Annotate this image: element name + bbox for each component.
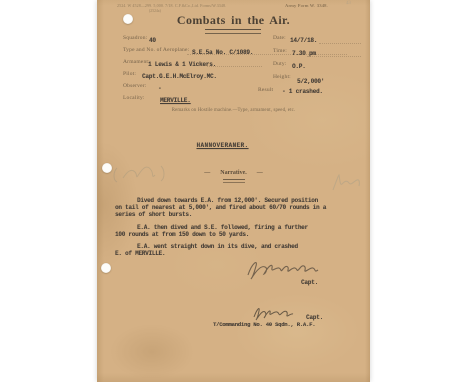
form-dotted-rule bbox=[307, 55, 361, 57]
hostile-machine-entry: HANNOVERANER. bbox=[86, 142, 359, 149]
narrative-line: series of short bursts. bbox=[115, 211, 192, 218]
field-label-armament: Armament: bbox=[123, 59, 150, 65]
field-label-pilot: Pilot: bbox=[123, 71, 136, 77]
printers-imprint-line1: 2524. W 4528—299. 5,000. 7/18. C.F.&Co.,… bbox=[117, 3, 226, 8]
narrative-line: on tail of nearest at 5,000', and fired … bbox=[115, 204, 326, 211]
commanding-officer-rank: Capt. bbox=[306, 314, 323, 321]
remarks-printed-line: Remarks on Hostile machine.—Type, armame… bbox=[97, 108, 370, 113]
narrative-line: E.A. then dived and S.E. followed, firin… bbox=[137, 224, 308, 231]
narrative-line: Dived down towards E.A. from 12,000'. Se… bbox=[137, 197, 318, 204]
form-dotted-rule bbox=[207, 65, 262, 67]
field-value-locality: MERVILLE. bbox=[160, 97, 191, 104]
punch-hole-bottom bbox=[101, 263, 111, 273]
result-value: - 1 crashed. bbox=[282, 88, 323, 95]
field-value-squadron: 40 bbox=[149, 37, 156, 44]
narrative-line: E. of MERVILLE. bbox=[115, 250, 165, 257]
army-form-number: Army Form W. 3348. bbox=[285, 3, 328, 8]
field-label-aeroplane: Type and No. of Aeroplane: bbox=[123, 47, 189, 53]
field-value-duty: O.P. bbox=[292, 63, 306, 70]
narrative-line: E.A. went straight down in its dive, and… bbox=[137, 243, 298, 250]
narrative-rule bbox=[223, 179, 245, 183]
field-label-height: Height: bbox=[273, 74, 291, 80]
field-label-observer: Observer: bbox=[123, 83, 147, 89]
narrative-line: 100 rounds at from 150 down to 50 yards. bbox=[115, 231, 249, 238]
pilot-rank: Capt. bbox=[301, 279, 318, 286]
field-label-locality: Locality: bbox=[123, 95, 145, 101]
title-rule bbox=[205, 29, 261, 34]
field-value-date: 14/7/18. bbox=[290, 37, 317, 44]
commanding-officer-signature bbox=[250, 303, 296, 321]
field-value-observer: - bbox=[158, 85, 161, 92]
field-label-squadron: Squadron: bbox=[123, 35, 147, 41]
report-paper: 2524. W 4528—299. 5,000. 7/18. C.F.&Co.,… bbox=[97, 0, 370, 382]
field-value-pilot: Capt.G.E.H.McElroy.MC. bbox=[142, 73, 217, 80]
field-label-date: Date: bbox=[273, 35, 286, 41]
printers-imprint-line2: (2524a) bbox=[149, 9, 161, 13]
field-value-armament: 1 Lewis & 1 Vickers. bbox=[148, 61, 216, 68]
pencil-corner-note: 43 bbox=[346, 1, 351, 6]
field-value-height: 5/2,000' bbox=[297, 78, 324, 85]
commanding-officer-title: T/Commanding No. 40 Sqdn., R.A.F. bbox=[213, 321, 315, 328]
pilot-signature bbox=[242, 255, 322, 281]
scanned-combat-report: { "form": { "imprint_line1": "2524. W 45… bbox=[0, 0, 468, 382]
pencil-scribble-right bbox=[329, 172, 363, 194]
form-title: Combats in the Air. bbox=[97, 13, 370, 28]
result-label: Result bbox=[258, 87, 273, 93]
form-dotted-rule bbox=[319, 42, 361, 44]
narrative-heading-word: Narrative. bbox=[220, 170, 247, 176]
narrative-heading-dash-right: — bbox=[257, 170, 263, 176]
field-label-duty: Duty: bbox=[273, 61, 287, 67]
narrative-heading-dash-left: — bbox=[204, 170, 210, 176]
